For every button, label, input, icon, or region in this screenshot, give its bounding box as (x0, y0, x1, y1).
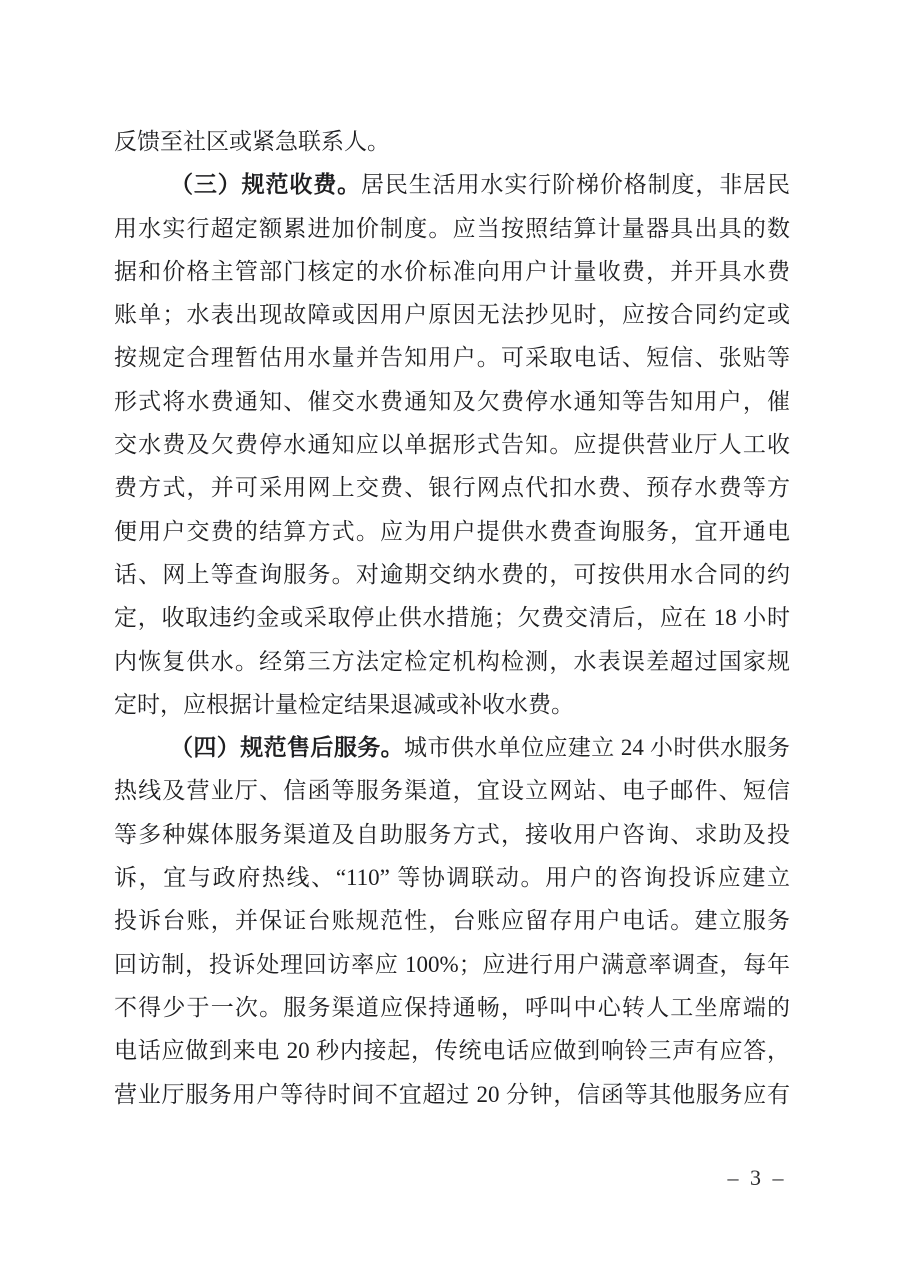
text-line-content: 话、网上等查询服务。对逾期交纳水费的，可按供用水合同的约 (114, 562, 790, 587)
text-line: 据和价格主管部门核定的水价标准向用户计量收费，并开具水费 (114, 250, 790, 293)
text-line: 账单；水表出现故障或因用户原因无法抄见时，应按合同约定或 (114, 293, 790, 336)
document-body: 反馈至社区或紧急联系人。（三）规范收费。居民生活用水实行阶梯价格制度，非居民用水… (114, 120, 790, 1116)
text-line-content: 账单；水表出现故障或因用户原因无法抄见时，应按合同约定或 (114, 302, 790, 327)
text-line-content: 据和价格主管部门核定的水价标准向用户计量收费，并开具水费 (114, 259, 790, 284)
text-line: 回访制，投诉处理回访率应 100%；应进行用户满意率调查，每年 (114, 943, 790, 986)
section-heading: （三）规范收费。 (170, 172, 361, 197)
text-line: 便用户交费的结算方式。应为用户提供水费查询服务，宜开通电 (114, 510, 790, 553)
text-line-content: 按规定合理暂估用水量并告知用户。可采取电话、短信、张贴等 (114, 345, 790, 370)
text-line: 反馈至社区或紧急联系人。 (114, 120, 790, 163)
text-line-content: 交水费及欠费停水通知应以单据形式告知。应提供营业厅人工收 (114, 432, 790, 457)
section-heading: （四）规范售后服务。 (170, 735, 404, 760)
text-line-content: 回访制，投诉处理回访率应 100%；应进行用户满意率调查，每年 (114, 952, 790, 977)
text-line: 诉，宜与政府热线、“110” 等协调联动。用户的咨询投诉应建立 (114, 856, 790, 899)
page-number-label: – 3 – (728, 1165, 787, 1190)
text-line: 定，收取违约金或采取停止供水措施；欠费交清后，应在 18 小时 (114, 596, 790, 639)
text-line-content: 投诉台账，并保证台账规范性，台账应留存用户电话。建立服务 (114, 908, 790, 933)
text-line-content: 居民生活用水实行阶梯价格制度，非居民 (361, 172, 790, 197)
document-page: 反馈至社区或紧急联系人。（三）规范收费。居民生活用水实行阶梯价格制度，非居民用水… (0, 0, 900, 1273)
text-line: （三）规范收费。居民生活用水实行阶梯价格制度，非居民 (114, 163, 790, 206)
text-line: 话、网上等查询服务。对逾期交纳水费的，可按供用水合同的约 (114, 553, 790, 596)
text-line-content: 形式将水费通知、催交水费通知及欠费停水通知等告知用户，催 (114, 389, 790, 414)
text-line: 内恢复供水。经第三方法定检定机构检测，水表误差超过国家规 (114, 640, 790, 683)
text-line: 电话应做到来电 20 秒内接起，传统电话应做到响铃三声有应答， (114, 1029, 790, 1072)
text-line: 定时，应根据计量检定结果退减或补收水费。 (114, 683, 790, 726)
text-line-content: 诉，宜与政府热线、“110” 等协调联动。用户的咨询投诉应建立 (114, 865, 790, 890)
text-line: 不得少于一次。服务渠道应保持通畅，呼叫中心转人工坐席端的 (114, 986, 790, 1029)
text-line-content: 热线及营业厅、信函等服务渠道，宜设立网站、电子邮件、短信 (114, 778, 790, 803)
text-line-content: 定时，应根据计量检定结果退减或补收水费。 (114, 692, 574, 717)
text-line-content: 电话应做到来电 20 秒内接起，传统电话应做到响铃三声有应答， (114, 1038, 790, 1063)
page-number: – 3 – (712, 1165, 802, 1191)
text-line: 热线及营业厅、信函等服务渠道，宜设立网站、电子邮件、短信 (114, 769, 790, 812)
text-line: 按规定合理暂估用水量并告知用户。可采取电话、短信、张贴等 (114, 336, 790, 379)
text-line-content: 费方式，并可采用网上交费、银行网点代扣水费、预存水费等方 (114, 475, 790, 500)
text-line: 费方式，并可采用网上交费、银行网点代扣水费、预存水费等方 (114, 466, 790, 509)
text-line: 交水费及欠费停水通知应以单据形式告知。应提供营业厅人工收 (114, 423, 790, 466)
text-line-content: 城市供水单位应建立 24 小时供水服务 (404, 735, 790, 760)
text-line-content: 便用户交费的结算方式。应为用户提供水费查询服务，宜开通电 (114, 519, 790, 544)
text-line: 等多种媒体服务渠道及自助服务方式，接收用户咨询、求助及投 (114, 813, 790, 856)
text-line-content: 不得少于一次。服务渠道应保持通畅，呼叫中心转人工坐席端的 (114, 995, 790, 1020)
text-line: 用水实行超定额累进加价制度。应当按照结算计量器具出具的数 (114, 207, 790, 250)
text-line-content: 定，收取违约金或采取停止供水措施；欠费交清后，应在 18 小时 (114, 605, 790, 630)
text-line: 营业厅服务用户等待时间不宜超过 20 分钟，信函等其他服务应有 (114, 1073, 790, 1116)
text-line-content: 反馈至社区或紧急联系人。 (114, 129, 390, 154)
text-line-content: 营业厅服务用户等待时间不宜超过 20 分钟，信函等其他服务应有 (114, 1082, 790, 1107)
text-line: （四）规范售后服务。城市供水单位应建立 24 小时供水服务 (114, 726, 790, 769)
text-line: 形式将水费通知、催交水费通知及欠费停水通知等告知用户，催 (114, 380, 790, 423)
text-line-content: 等多种媒体服务渠道及自助服务方式，接收用户咨询、求助及投 (114, 822, 790, 847)
text-line: 投诉台账，并保证台账规范性，台账应留存用户电话。建立服务 (114, 899, 790, 942)
text-line-content: 用水实行超定额累进加价制度。应当按照结算计量器具出具的数 (114, 216, 790, 241)
text-line-content: 内恢复供水。经第三方法定检定机构检测，水表误差超过国家规 (114, 649, 790, 674)
